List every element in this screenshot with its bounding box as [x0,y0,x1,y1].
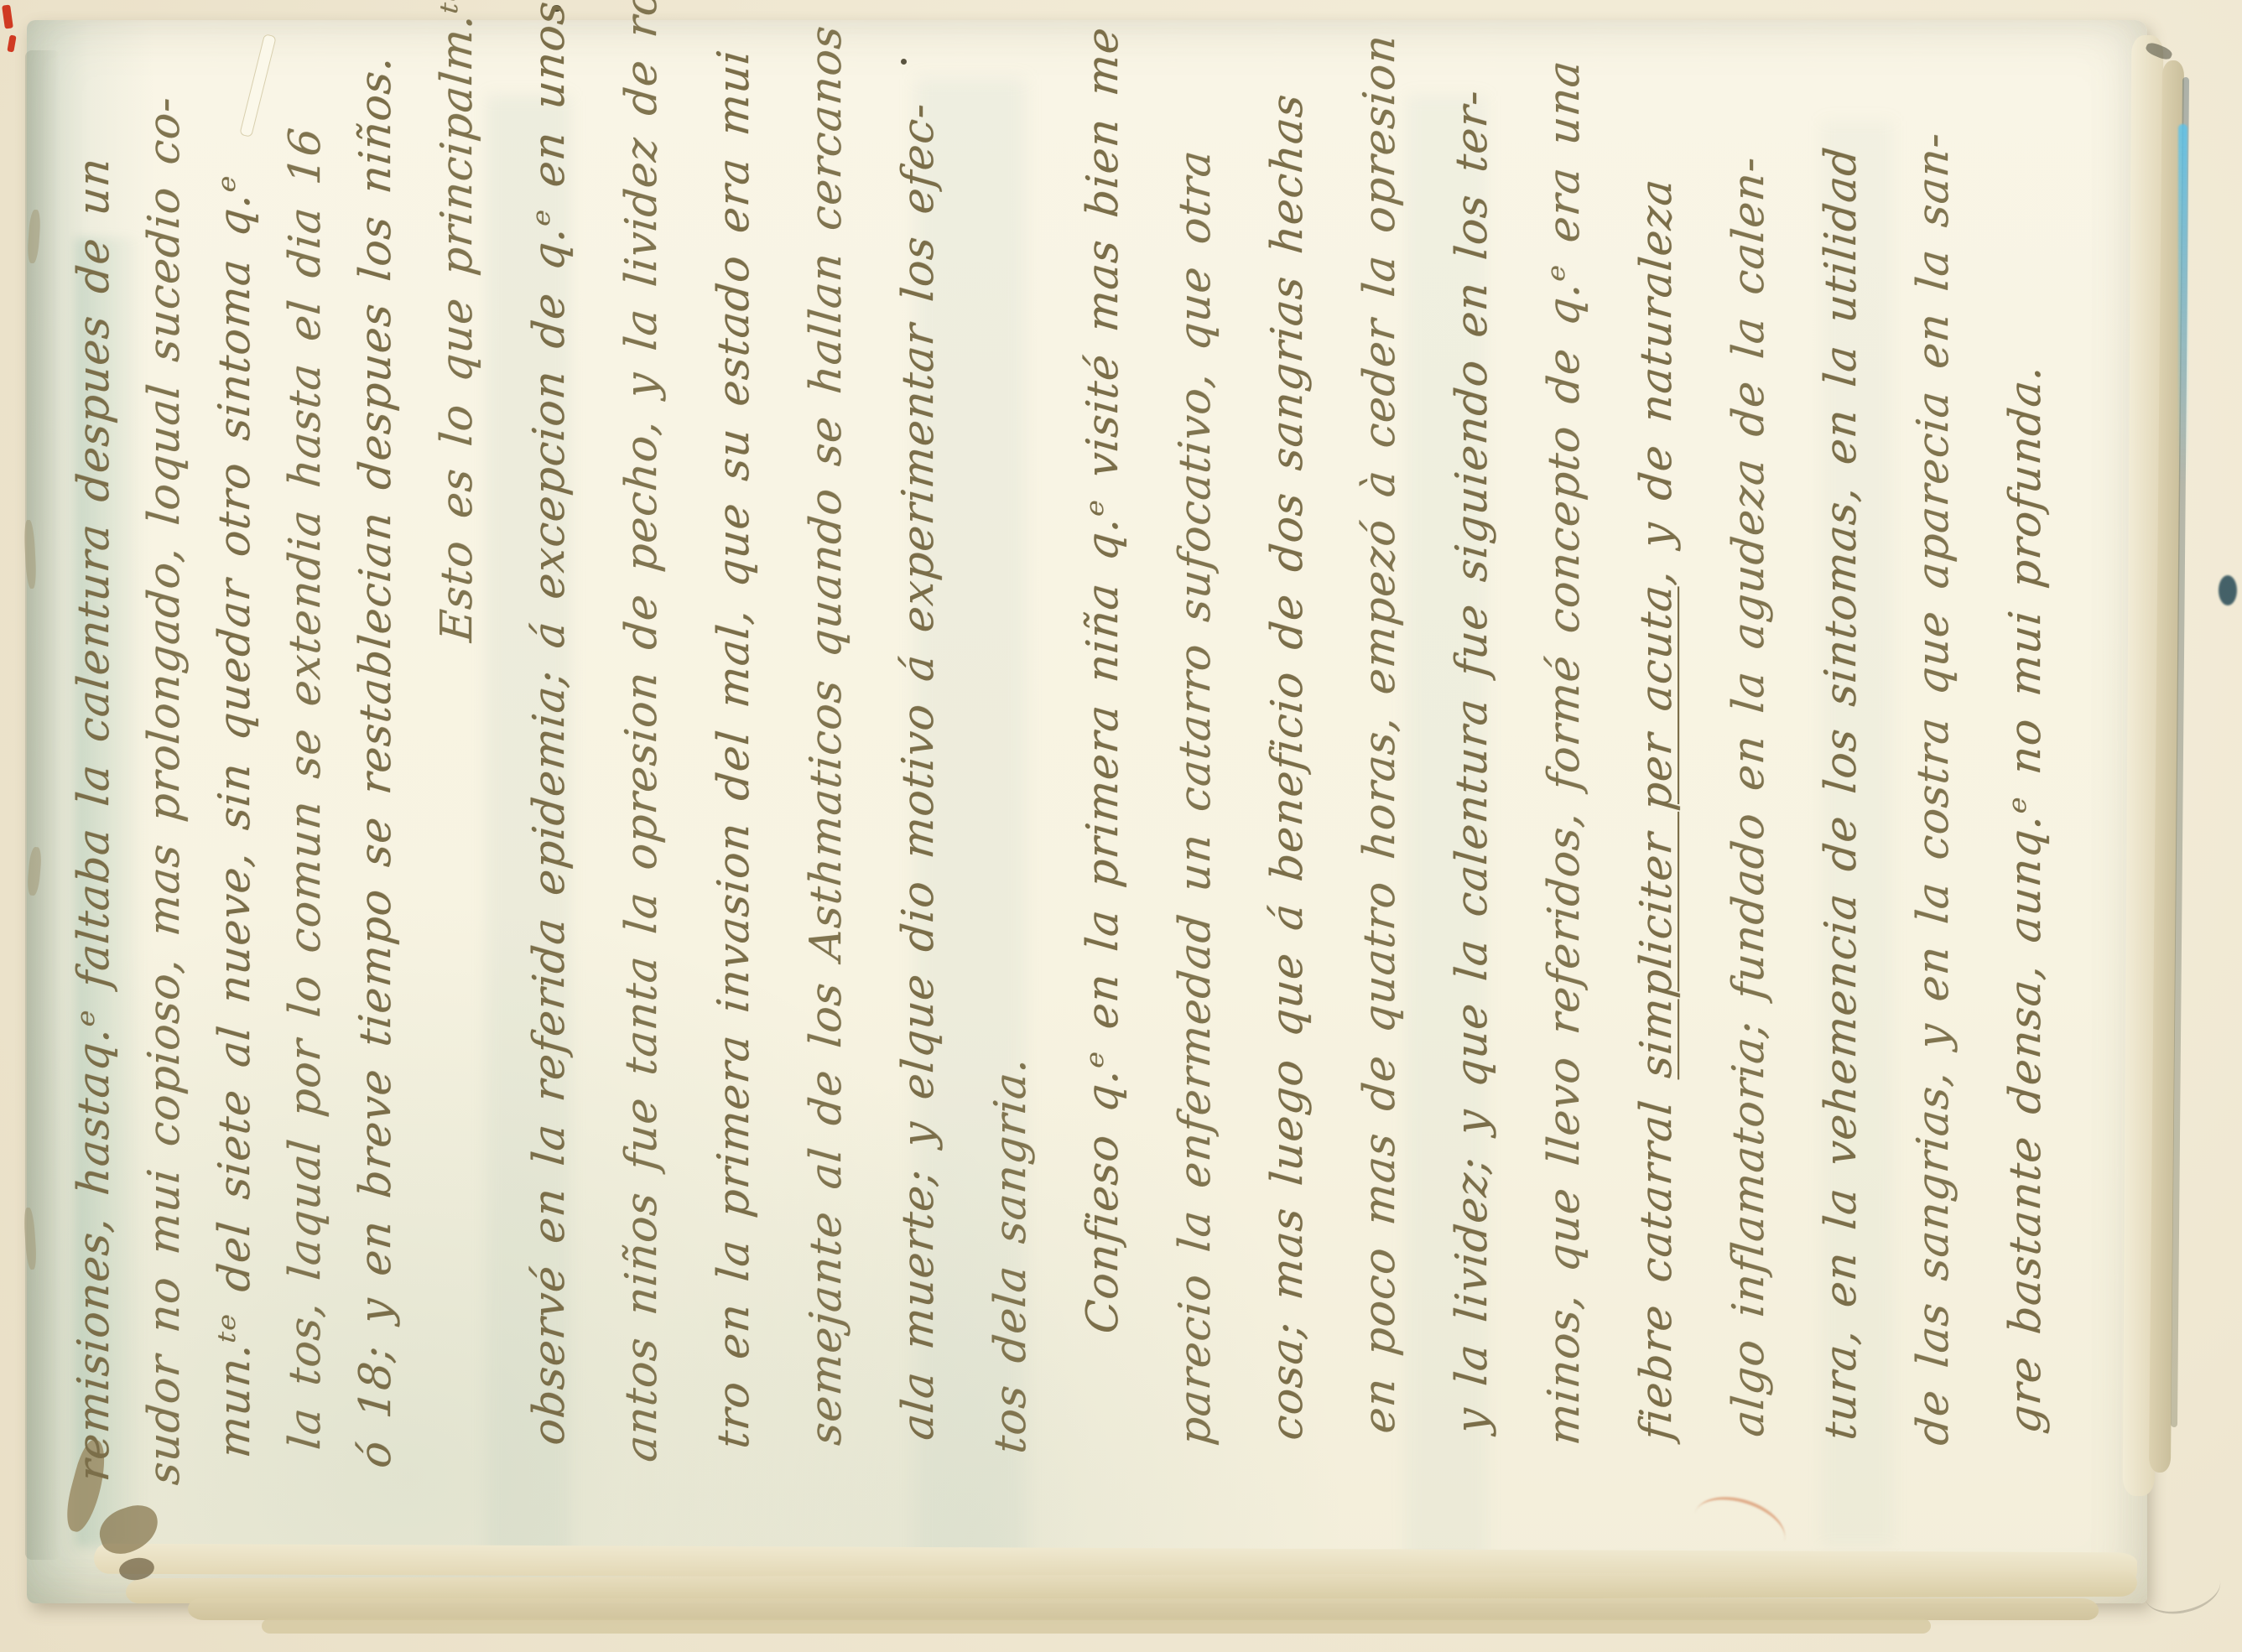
manuscript-line: cosa; mas luego que á beneficio de dos s… [1241,67,1334,1493]
red-edge-mark [2,4,13,29]
manuscript-line: semejante al de los Asthmaticos quando s… [780,67,872,1493]
manuscript-line: minos, que llevo referidos, formé concep… [1518,67,1610,1493]
manuscript-line: algo inflamatoria; fundado en la agudeza… [1703,67,1795,1493]
manuscript-text-layer: remisiones, hastaq.ᵉ faltaba la calentur… [59,75,2089,1493]
manuscript-line: parecio la enfermedad un catarro sufocat… [1149,67,1241,1493]
manuscript-line: tro en la primera invasion del mal, que … [688,67,780,1493]
manuscript-line: Confieso q.ᵉ en la primera niña q.ᵉ visi… [1057,67,1149,1493]
manuscript-line: ó 18; y en breve tiempo se restablecian … [341,70,411,1493]
manuscript-line: tura, en la vehemencia de los sintomas, … [1795,67,1887,1493]
edge-ink-blob [2219,575,2237,605]
manuscript-line: antos niños fue tanta la opresion de pec… [596,67,688,1493]
faint-scribble [2140,1558,2226,1622]
manuscript-line: la tos, laqual por lo comun se extendia … [270,70,341,1493]
page-edge-bottom [262,1618,1931,1634]
manuscript-line: Esto es lo que principalm.ᵗᵉ [411,67,503,1493]
manuscript-line: de las sangrias, y en la costra que apar… [1887,67,1979,1493]
worn-corner-top-right [2145,41,2174,62]
scanner-blue-glint [2178,124,2187,485]
manuscript-line: observé en la referida epidemia; á excep… [503,67,596,1493]
manuscript-line: mun.ᵗᵉ del siete al nueve, sin quedar ot… [200,70,270,1493]
dust-speck [901,59,907,65]
manuscript-line: ala muerte; y elque dio motivo á experim… [872,67,965,1493]
manuscript-line: fiebre catarral simpliciter per acuta, y… [1610,67,1703,1493]
manuscript-line: y la lividez; y que la calentura fue sig… [1426,67,1518,1493]
manuscript-line: tos dela sangria. [965,67,1057,1493]
underlined-phrase: simpliciter per acuta [1631,583,1682,1080]
scanned-manuscript-scene: remisiones, hastaq.ᵉ faltaba la calentur… [0,0,2242,1652]
manuscript-line: gre bastante densa, aunq.ᵉ no mui profun… [1979,67,2072,1493]
manuscript-line: sudor no mui copioso, mas prolongado, lo… [129,70,200,1493]
red-edge-mark [7,34,16,52]
manuscript-line: remisiones, hastaq.ᵉ faltaba la calentur… [59,70,129,1493]
manuscript-line: en poco mas de quatro horas, empezó à ce… [1334,67,1426,1493]
